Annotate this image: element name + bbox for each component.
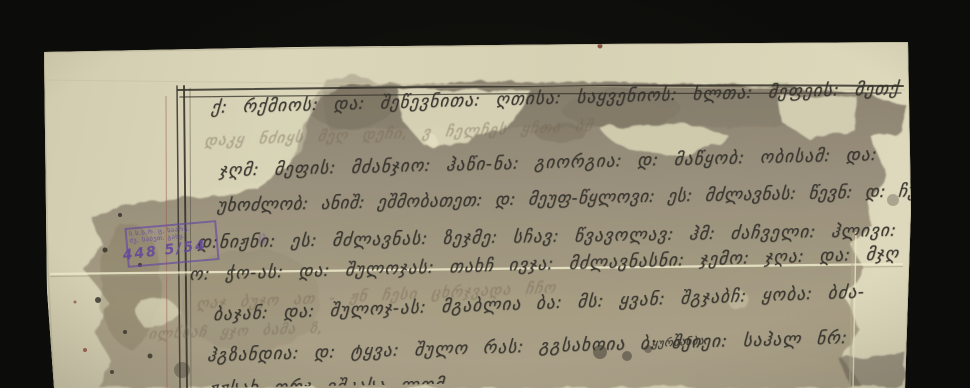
archive-stamp: ს.ს.ს.რ. ც. საარქ. ძვ. საბუთ. განყ. 448 … (124, 220, 219, 268)
manuscript-paper: ქ: რქმიოს: და: შეწევნითა: ღთისა: საყვენი… (0, 0, 970, 388)
photographed-manuscript: ქ: რქმიოს: და: შეწევნითა: ღთისა: საყვენი… (0, 0, 970, 388)
